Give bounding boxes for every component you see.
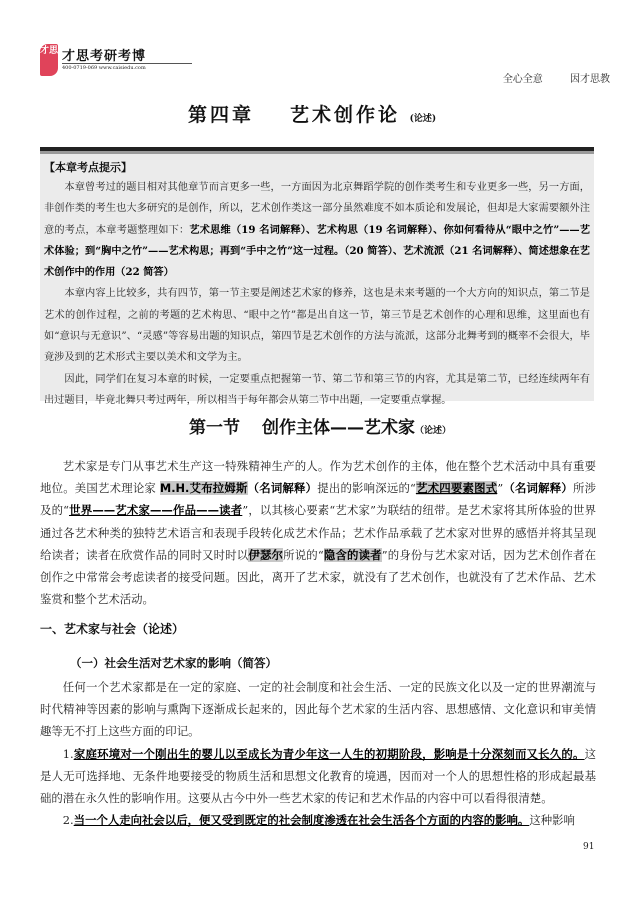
term-implied-reader: 隐含的读者 <box>324 548 382 562</box>
logo-name: 才思考研考博 <box>62 45 146 64</box>
tips-paragraph-1: 本章曾考过的题目相对其他章节而言更多一些，一方面因为北京舞蹈学院的创作类考生和专… <box>44 177 590 283</box>
logo-contact: 400-0719-069 www.caisiedu.com <box>62 65 146 71</box>
tips-body: 本章曾考过的题目相对其他章节而言更多一些，一方面因为北京舞蹈学院的创作类考生和专… <box>44 177 590 411</box>
term-chain: 世界——艺术家——作品——读者 <box>69 503 242 517</box>
tips-paragraph-2: 本章内容上比较多，共有四节，第一节主要是阐述艺术家的修养，这也是未来考题的一个大… <box>44 283 590 368</box>
section-name: 创作主体——艺术家 <box>262 418 415 438</box>
section-title: 第一节创作主体——艺术家（论述） <box>0 413 640 438</box>
exam-tips-box: 【本章考点提示】 本章曾考过的题目相对其他章节而言更多一些，一方面因为北京舞蹈学… <box>40 147 594 401</box>
chapter-tag: (论述) <box>410 114 437 124</box>
subsection-heading: 一、艺术家与社会（论述） <box>40 620 184 637</box>
tips-paragraph-3: 因此，同学们在复习本章的时候，一定要重点把握第一节、第二节和第三节的内容，尤其是… <box>44 369 590 412</box>
list-item-1: 1.家庭环境对一个刚出生的婴儿以至成长为青少年这一人生的初期阶段，影响是十分深刻… <box>40 743 596 810</box>
tips-title: 【本章考点提示】 <box>44 159 132 175</box>
motto-part-2: 因才思教 <box>570 74 610 85</box>
section-tag: （论述） <box>415 426 451 436</box>
chapter-title: 第四章艺术创作论 (论述) <box>188 100 436 127</box>
logo-mark: 才思 <box>40 44 58 76</box>
term-abrams: M.H.艾布拉姆斯 <box>160 481 248 495</box>
chapter-name: 艺术创作论 <box>290 104 400 126</box>
chapter-number: 第四章 <box>188 104 254 126</box>
subsection-body: 任何一个艺术家都是在一定的家庭、一定的社会制度和社会生活、一定的民族文化以及一定… <box>40 676 596 831</box>
intro-paragraph: 艺术家是专门从事艺术生产这一特殊精神生产的人。作为艺术创作的主体，他在整个艺术活… <box>40 455 596 610</box>
subsection-paragraph-1: 任何一个艺术家都是在一定的家庭、一定的社会制度和社会生活、一定的民族文化以及一定… <box>40 676 596 743</box>
header-motto: 全心全意 因才思教 <box>489 70 610 85</box>
subsubsection-heading: （一）社会生活对艺术家的影响（简答） <box>70 655 277 671</box>
page-number: 91 <box>583 842 594 852</box>
publisher-logo: 才思 才思考研考博 400-0719-069 www.caisiedu.com <box>40 44 160 76</box>
section-number: 第一节 <box>189 418 240 438</box>
motto-part-1: 全心全意 <box>503 74 543 85</box>
term-iser: 伊瑟尔 <box>248 548 283 562</box>
logo-divider <box>62 63 192 64</box>
list-item-2: 2.当一个人走向社会以后，便又受到既定的社会制度渗透在社会生活各个方面的内容的影… <box>40 809 596 831</box>
term-four-elements: 艺术四要素图式 <box>416 481 497 495</box>
